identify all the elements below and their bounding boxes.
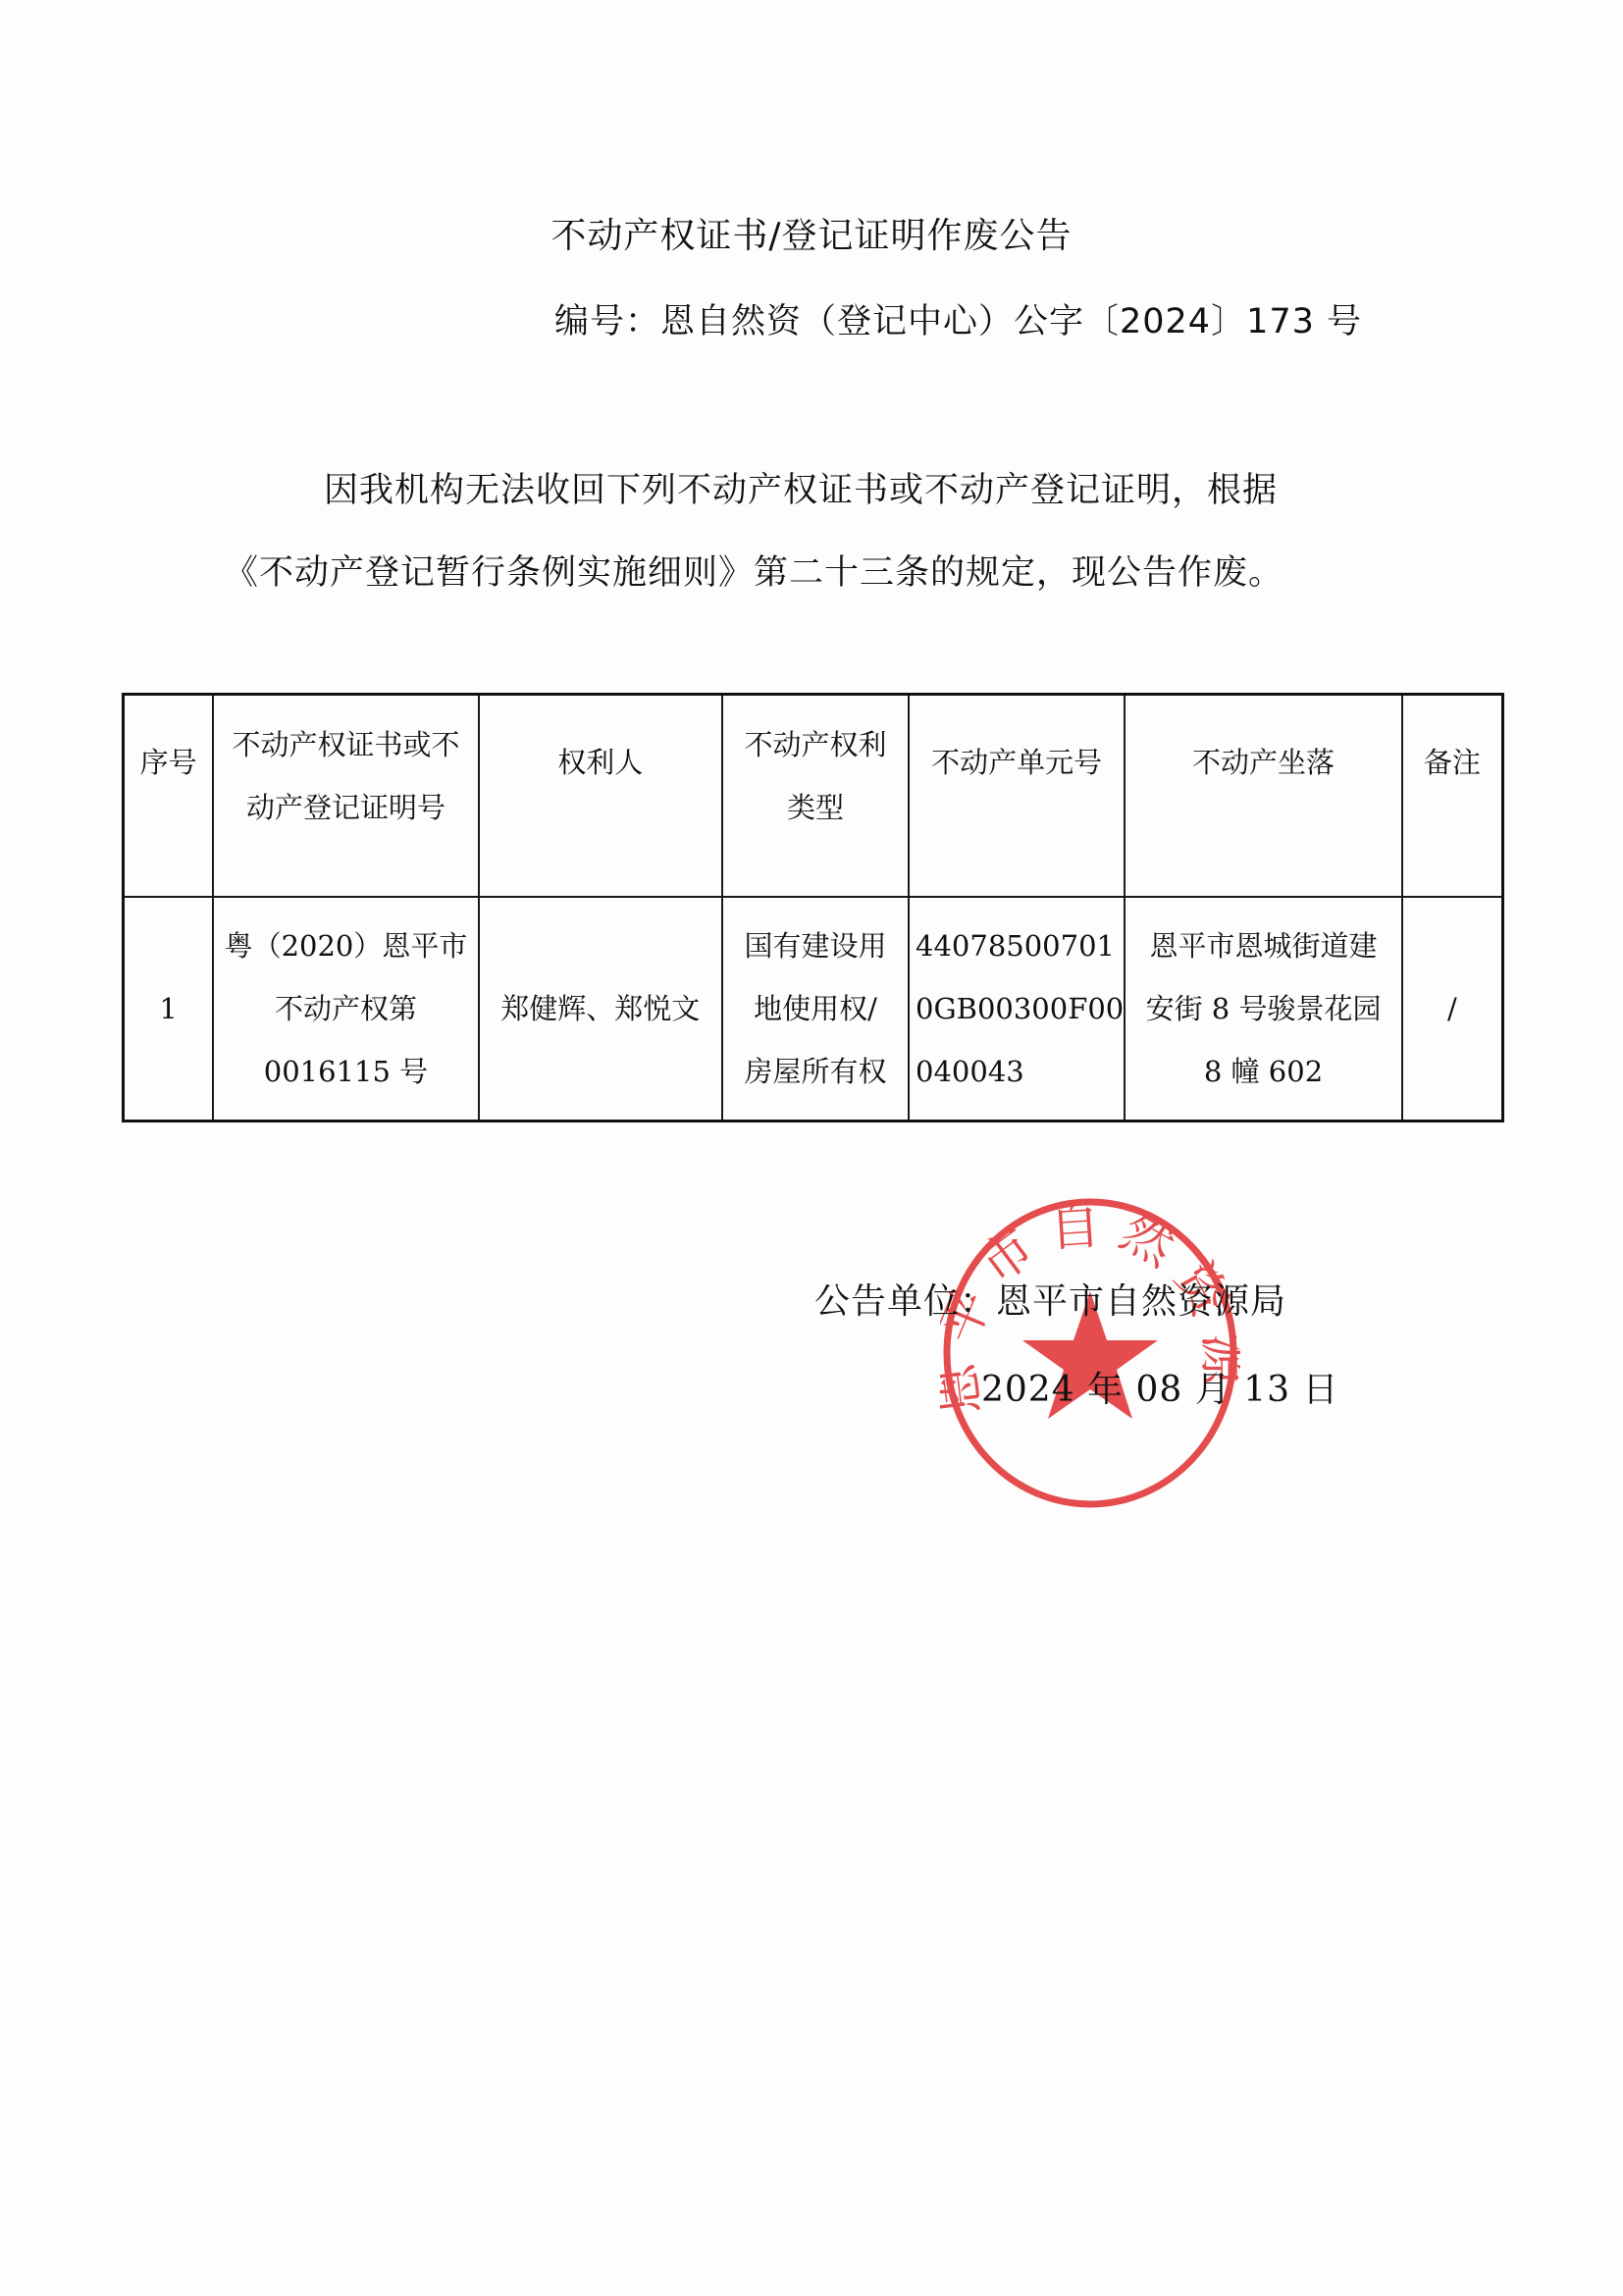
- notice-paragraph-line-1: 因我机构无法收回下列不动产权证书或不动产登记证明，根据: [324, 463, 1278, 512]
- cell-text: 8 幢 602: [1126, 1040, 1401, 1103]
- table-header-row: 序号 不动产权证书或不 动产登记证明号 权利人 不动产权利 类型 不动产单元号 …: [124, 695, 1503, 898]
- voided-certificates-table: 序号 不动产权证书或不 动产登记证明号 权利人 不动产权利 类型 不动产单元号 …: [122, 693, 1504, 1122]
- header-text: 备注: [1424, 746, 1481, 779]
- cell-index: 1: [124, 897, 214, 1122]
- header-text: 权利人: [557, 746, 643, 779]
- cell-text: 国有建设用: [723, 914, 908, 977]
- cell-text: 地使用权/: [723, 977, 908, 1040]
- cell-text: 0016115 号: [214, 1040, 477, 1103]
- official-seal: 恩平市自然资源局: [940, 1195, 1240, 1511]
- header-text: 动产登记证明号: [214, 776, 477, 839]
- cell-text: 房屋所有权: [723, 1040, 908, 1103]
- header-text: 不动产权证书或不: [214, 713, 477, 776]
- cell-text: 040043: [916, 1040, 1124, 1103]
- header-index: 序号: [124, 695, 214, 898]
- cell-text: 恩平市恩城街道建: [1126, 914, 1401, 977]
- cell-text: 0GB00300F00: [916, 977, 1124, 1040]
- cell-remark: /: [1402, 897, 1503, 1122]
- title-text: 不动产权证书/登记证明作废公告: [550, 216, 1072, 256]
- header-certificate-no: 不动产权证书或不 动产登记证明号: [213, 695, 478, 898]
- header-text: 序号: [140, 746, 197, 779]
- header-text: 不动产坐落: [1192, 746, 1335, 779]
- header-remark: 备注: [1402, 695, 1503, 898]
- seal-graphic: 恩平市自然资源局: [940, 1195, 1240, 1511]
- cell-right-type: 国有建设用 地使用权/ 房屋所有权: [722, 897, 909, 1122]
- issuing-authority: 公告单位：恩平市自然资源局: [814, 1274, 1286, 1324]
- issue-date: 2024 年 08 月 13 日: [981, 1362, 1338, 1412]
- notice-paragraph-line-2: 《不动产登记暂行条例实施细则》第二十三条的规定，现公告作废。: [224, 546, 1283, 595]
- cell-location: 恩平市恩城街道建 安街 8 号骏景花园 8 幢 602: [1125, 897, 1402, 1122]
- header-text: 不动产单元号: [931, 746, 1102, 779]
- header-unit-no: 不动产单元号: [909, 695, 1125, 898]
- cell-certificate-no: 粤（2020）恩平市 不动产权第 0016115 号: [213, 897, 478, 1122]
- header-right-type: 不动产权利 类型: [722, 695, 909, 898]
- cell-unit-no: 44078500701 0GB00300F00 040043: [909, 897, 1125, 1122]
- header-holder: 权利人: [479, 695, 722, 898]
- cell-holder: 郑健辉、郑悦文: [479, 897, 722, 1122]
- header-location: 不动产坐落: [1125, 695, 1402, 898]
- page-title: 不动产权证书/登记证明作废公告: [0, 208, 1623, 258]
- cell-text: 粤（2020）恩平市: [214, 914, 477, 977]
- document-number: 编号：恩自然资（登记中心）公字〔2024〕173 号: [554, 294, 1362, 343]
- table-row: 1 粤（2020）恩平市 不动产权第 0016115 号 郑健辉、郑悦文 国有建…: [124, 897, 1503, 1122]
- header-text: 类型: [723, 776, 908, 839]
- cell-text: 44078500701: [916, 914, 1124, 977]
- cell-text: 不动产权第: [214, 977, 477, 1040]
- header-text: 不动产权利: [723, 713, 908, 776]
- cell-text: 安街 8 号骏景花园: [1126, 977, 1401, 1040]
